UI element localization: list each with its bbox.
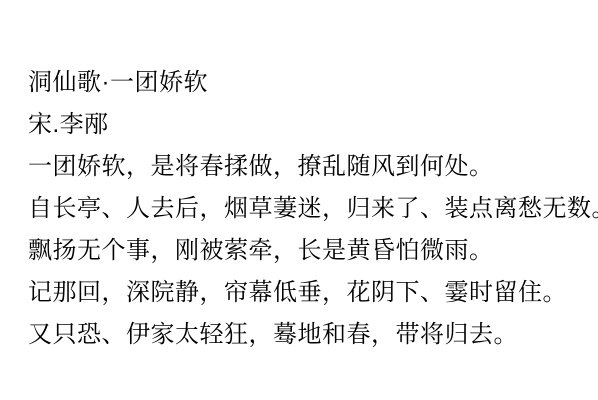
- poem-line-4: 记那回，深院静，帘幕低垂，花阴下、霎时留住。: [28, 272, 588, 314]
- poem-line-5: 又只恐、伊家太轻狂，蓦地和春，带将归去。: [28, 314, 588, 356]
- poem-author: 宋.李邴: [28, 104, 588, 146]
- poem-title: 洞仙歌·一团娇软: [28, 62, 588, 104]
- poem-line-2: 自长亭、人去后，烟草萋迷，归来了、装点离愁无数。: [28, 188, 588, 230]
- poem-page: 洞仙歌·一团娇软 宋.李邴 一团娇软，是将春揉做，撩乱随风到何处。 自长亭、人去…: [0, 0, 598, 400]
- poem-line-3: 飘扬无个事，刚被萦牵，长是黄昏怕微雨。: [28, 230, 588, 272]
- poem-line-1: 一团娇软，是将春揉做，撩乱随风到何处。: [28, 146, 588, 188]
